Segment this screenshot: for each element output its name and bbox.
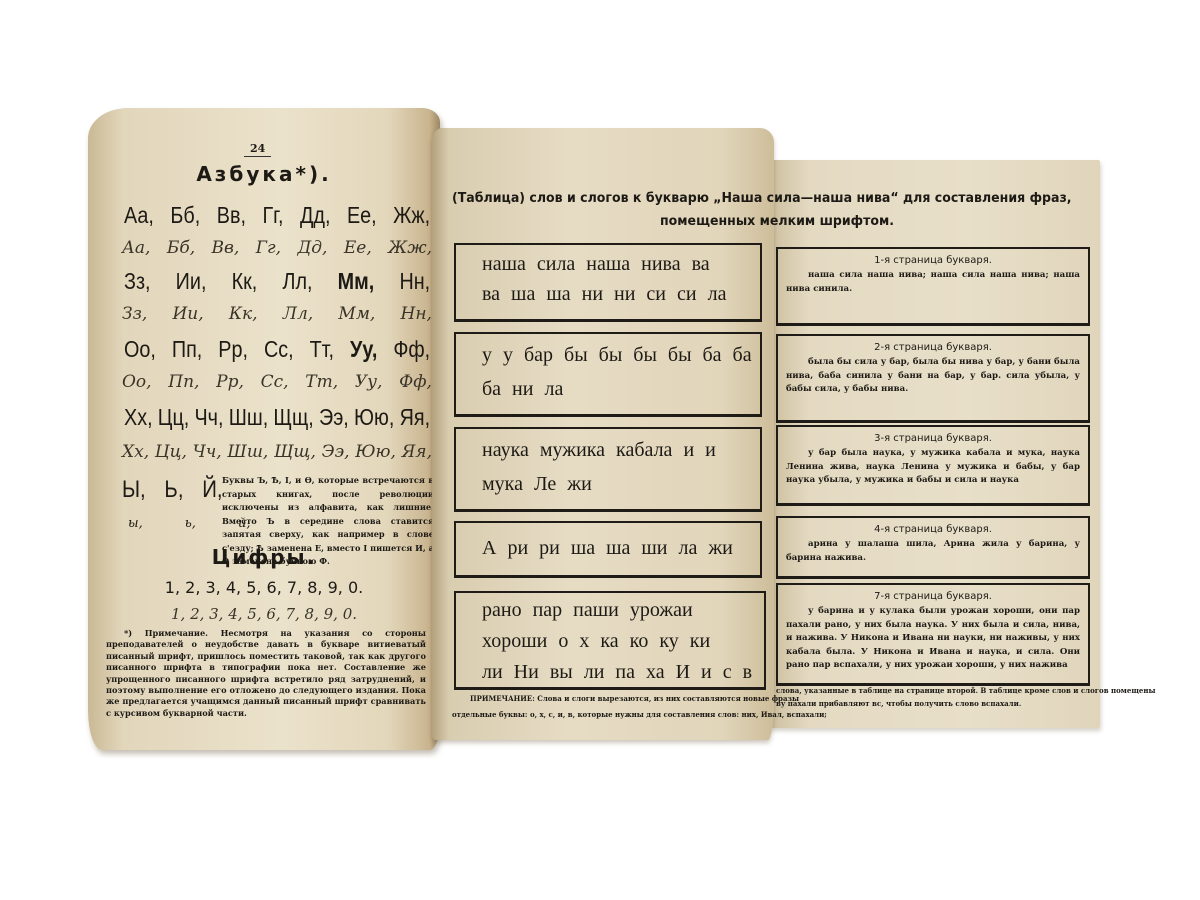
script-letter: Гг, bbox=[256, 238, 281, 258]
syllable-box-5: рано пар паши урожаи хороши о х ка ко ку… bbox=[454, 591, 766, 690]
script-letter: Яя, bbox=[402, 442, 432, 462]
digits-printed: 1, 2, 3, 4, 5, 6, 7, 8, 9, 0. bbox=[88, 578, 440, 597]
script-letter: Нн, bbox=[401, 304, 432, 324]
syllable-box-4: А ри ри ша ша ши ла жи bbox=[454, 521, 762, 578]
script-letter: Лл, bbox=[283, 304, 313, 324]
syllable-box-1: наша сила наша нива ва ва ша ша ни ни си… bbox=[454, 243, 762, 322]
syllable-line: ба ни ла bbox=[456, 372, 760, 406]
script-letter: Бб, bbox=[167, 238, 195, 258]
script-row-2: Зз, Ии, Кк, Лл, Мм, Нн, bbox=[122, 304, 432, 324]
letter: Аа, bbox=[124, 202, 154, 229]
script-letter: Кк, bbox=[229, 304, 258, 324]
primer-page-text: у бар была наука, у мужика кабала и мука… bbox=[786, 447, 1080, 488]
syllable-line: мука Ле жи bbox=[456, 467, 760, 501]
letter: Ее, bbox=[347, 202, 377, 229]
page-number: 24 bbox=[244, 142, 271, 157]
primer-page-box-1: 1-я страница букваря. наша сила наша нив… bbox=[776, 247, 1090, 326]
letter: Вв, bbox=[217, 202, 246, 229]
script-letter: Оо, bbox=[122, 372, 152, 392]
primer-page-text: арина у шалаша шила, Арина жила у барина… bbox=[786, 538, 1080, 565]
script-row-3: Оо, Пп, Рр, Сс, Тт, Уу, Фф, bbox=[122, 372, 432, 392]
letter: Уу, bbox=[350, 336, 377, 363]
syllable-line: наша сила наша нива ва bbox=[456, 249, 760, 279]
letter: Шш, bbox=[229, 404, 268, 431]
letter: Лл, bbox=[282, 268, 312, 295]
primer-page-title: 1-я страница букваря. bbox=[786, 255, 1080, 266]
script-letter: Ее, bbox=[344, 238, 372, 258]
bottom-note-right-1: слова, указанные в таблице на странице в… bbox=[776, 686, 1156, 695]
syllable-line: у у бар бы бы бы бы ба ба bbox=[456, 338, 760, 372]
bottom-note-right-2: ву пахали прибавляют вс, чтобы получить … bbox=[776, 699, 1021, 708]
letter: Цц, bbox=[158, 404, 189, 431]
script-letter: Тт, bbox=[305, 372, 338, 392]
syllable-line: ва ша ша ни ни си си ла bbox=[456, 279, 760, 309]
script-row-1: Аа, Бб, Вв, Гг, Дд, Ее, Жж, bbox=[122, 238, 432, 258]
printed-row-4: Хх, Цц, Чч, Шш, Щщ, Ээ, Юю, Яя, bbox=[124, 404, 430, 431]
script-letter: Мм, bbox=[338, 304, 375, 324]
alphabet-title: Азбука*). bbox=[88, 162, 440, 186]
primer-page-box-2: 2-я страница букваря. была бы сила у бар… bbox=[776, 334, 1090, 423]
letter: Кк, bbox=[232, 268, 258, 295]
letter: Й, bbox=[202, 476, 222, 504]
syllable-line: хороши о х ка ко ку ки bbox=[456, 626, 764, 657]
script-letter: Дд, bbox=[297, 238, 327, 258]
primer-page-title: 4-я страница букваря. bbox=[786, 524, 1080, 535]
letter: Оо, bbox=[124, 336, 156, 363]
digits-title: Цифры. bbox=[88, 545, 440, 569]
script-letter: Ии, bbox=[172, 304, 203, 324]
script-letter: Шш, bbox=[227, 442, 268, 462]
letter: Щщ, bbox=[273, 404, 313, 431]
script-letter: Уу, bbox=[355, 372, 383, 392]
extra-letters-row: Ы, Ь, Й, bbox=[122, 476, 223, 504]
primer-page-text: была бы сила у бар, была бы нива у бар, … bbox=[786, 356, 1080, 397]
letter: Ь, bbox=[164, 476, 183, 504]
script-letter: ь, bbox=[185, 516, 196, 531]
script-letter: Сс, bbox=[261, 372, 289, 392]
letter: Хх, bbox=[124, 404, 153, 431]
printed-row-3: Оо, Пп, Рр, Сс, Тт, Уу, Фф, bbox=[124, 336, 430, 363]
letter: Ии, bbox=[176, 268, 207, 295]
syllable-line: наука мужика кабала и и bbox=[456, 433, 760, 467]
printed-row-1: Аа, Бб, Вв, Гг, Дд, Ее, Жж, bbox=[124, 202, 430, 229]
script-letter: Пп, bbox=[168, 372, 199, 392]
primer-page-title: 3-я страница букваря. bbox=[786, 433, 1080, 444]
script-letter: Зз, bbox=[122, 304, 147, 324]
printed-row-2: Зз, Ии, Кк, Лл, Мм, Нн, bbox=[124, 268, 430, 295]
digits-script: 1, 2, 3, 4, 5, 6, 7, 8, 9, 0. bbox=[88, 605, 440, 623]
letter: Дд, bbox=[300, 202, 330, 229]
script-row-4: Хх, Цц, Чч, Шш, Щщ, Ээ, Юю, Яя, bbox=[122, 442, 432, 462]
letter: Зз, bbox=[124, 268, 151, 295]
letter: Гг, bbox=[262, 202, 283, 229]
letter: Юю, bbox=[354, 404, 394, 431]
primer-page-box-4: 4-я страница букваря. арина у шалаша шил… bbox=[776, 516, 1090, 579]
letter: Рр, bbox=[218, 336, 248, 363]
letter: Яя, bbox=[400, 404, 431, 431]
primer-page-title: 2-я страница букваря. bbox=[786, 342, 1080, 353]
left-page: 24 Азбука*). Аа, Бб, Вв, Гг, Дд, Ее, Жж,… bbox=[88, 108, 440, 750]
letter: Нн, bbox=[399, 268, 430, 295]
letter: Ээ, bbox=[319, 404, 349, 431]
primer-page-box-5: 7-я страница букваря. у барина и у кулак… bbox=[776, 583, 1090, 686]
script-letter: Вв, bbox=[212, 238, 240, 258]
primer-page-text: у барина и у кулака были урожаи хороши, … bbox=[786, 605, 1080, 673]
letter: Сс, bbox=[264, 336, 294, 363]
script-letter: Жж, bbox=[388, 238, 432, 258]
letter: Чч, bbox=[194, 404, 223, 431]
syllable-line: ли Ни вы ли па ха И и с в bbox=[456, 657, 764, 688]
letter: Мм, bbox=[338, 268, 375, 295]
syllable-line: рано пар паши урожаи bbox=[456, 595, 764, 626]
syllable-box-3: наука мужика кабала и и мука Ле жи bbox=[454, 427, 762, 512]
primer-page-title: 7-я страница букваря. bbox=[786, 591, 1080, 602]
syllable-line: А ри ри ша ша ши ла жи bbox=[456, 527, 760, 569]
script-letter: Рр, bbox=[216, 372, 244, 392]
bottom-note-left-1: ПРИМЕЧАНИЕ: Слова и слоги вырезаются, из… bbox=[470, 694, 799, 703]
script-letter: ы, bbox=[128, 516, 143, 531]
script-letter: Аа, bbox=[122, 238, 150, 258]
primer-page-box-3: 3-я страница букваря. у бар была наука, … bbox=[776, 425, 1090, 506]
letter: Ы, bbox=[122, 476, 146, 504]
script-letter: Юю, bbox=[355, 442, 396, 462]
footnote: *) Примечание. Несмотря на указания со с… bbox=[106, 628, 426, 719]
letter: Тт, bbox=[310, 336, 334, 363]
table-heading-line-2: помещенных мелким шрифтом. bbox=[660, 213, 894, 229]
script-letter: Щщ, bbox=[274, 442, 316, 462]
letter: Бб, bbox=[170, 202, 200, 229]
script-letter: Хх, bbox=[122, 442, 149, 462]
syllable-box-2: у у бар бы бы бы бы ба ба ба ни ла bbox=[454, 332, 762, 417]
script-letter: Цц, bbox=[155, 442, 187, 462]
primer-page-text: наша сила наша нива; наша сила наша нива… bbox=[786, 269, 1080, 296]
script-letter: Фф, bbox=[399, 372, 432, 392]
bottom-note-left-2: отдельные буквы: о, х, с, и, в, которые … bbox=[452, 710, 827, 719]
letter: Фф, bbox=[393, 336, 430, 363]
script-letter: Чч, bbox=[193, 442, 222, 462]
letter: Пп, bbox=[172, 336, 202, 363]
letter: Жж, bbox=[393, 202, 430, 229]
table-heading-line-1: (Таблица) слов и слогов к букварю „Наша … bbox=[452, 190, 1047, 206]
script-letter: Ээ, bbox=[322, 442, 350, 462]
